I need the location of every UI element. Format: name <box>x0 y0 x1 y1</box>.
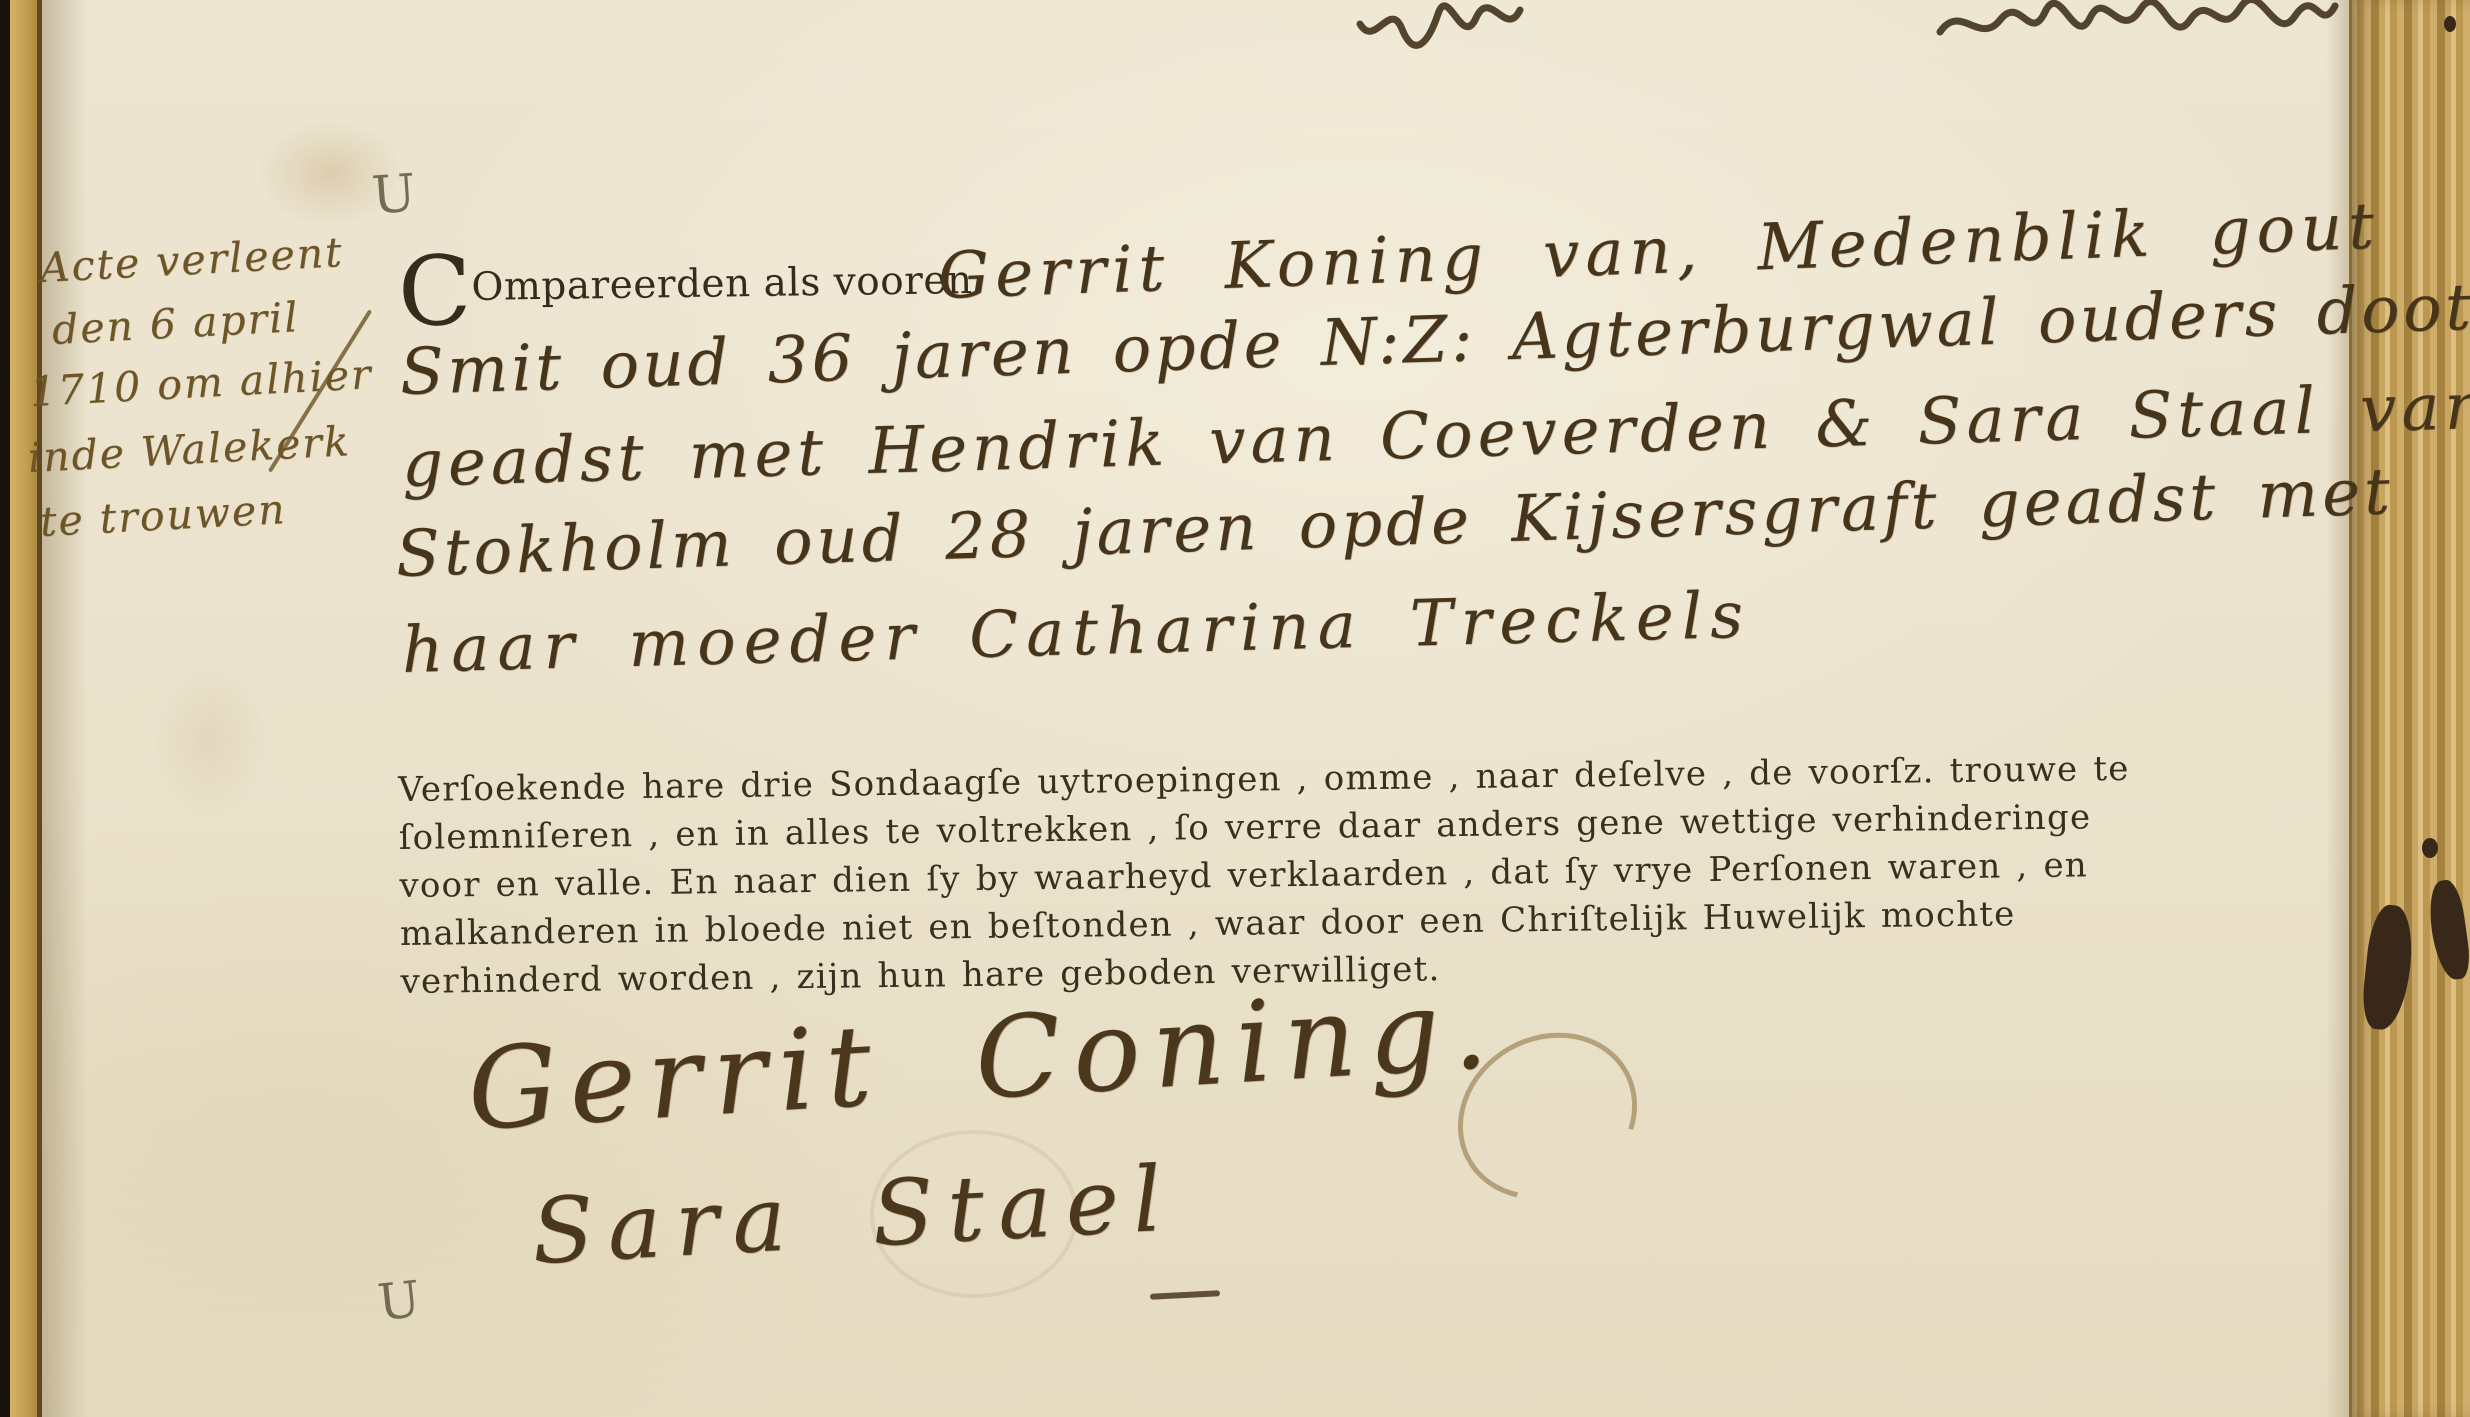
ink-blot <box>2444 16 2456 32</box>
printed-lead-initial: C <box>397 249 472 334</box>
page-left-shadow <box>42 0 88 1417</box>
printed-lead-text: Ompareerden als vooren <box>471 258 973 310</box>
pen-mark-u: U <box>375 1270 423 1332</box>
clipped-script-fragment <box>1340 0 2350 54</box>
paper-stain <box>150 660 270 820</box>
ink-blot <box>2422 838 2438 858</box>
signature-flourish-dash <box>1150 1290 1220 1300</box>
page-left-edge <box>10 0 37 1417</box>
margin-note-line: den 6 april <box>51 293 301 354</box>
page-left-dark-edge <box>0 0 10 1417</box>
handwritten-entry-line: haar moeder Catharina Treckels <box>401 579 1752 688</box>
pen-mark-u: U <box>370 164 418 227</box>
printed-formula-paragraph: Verſoekende hare drie Sondaagſe uytroepi… <box>398 746 2041 1006</box>
register-page-scan: U U Acte verleent den 6 april 1710 om al… <box>0 0 2470 1417</box>
bride-signature: Sara Stael <box>529 1146 1178 1285</box>
